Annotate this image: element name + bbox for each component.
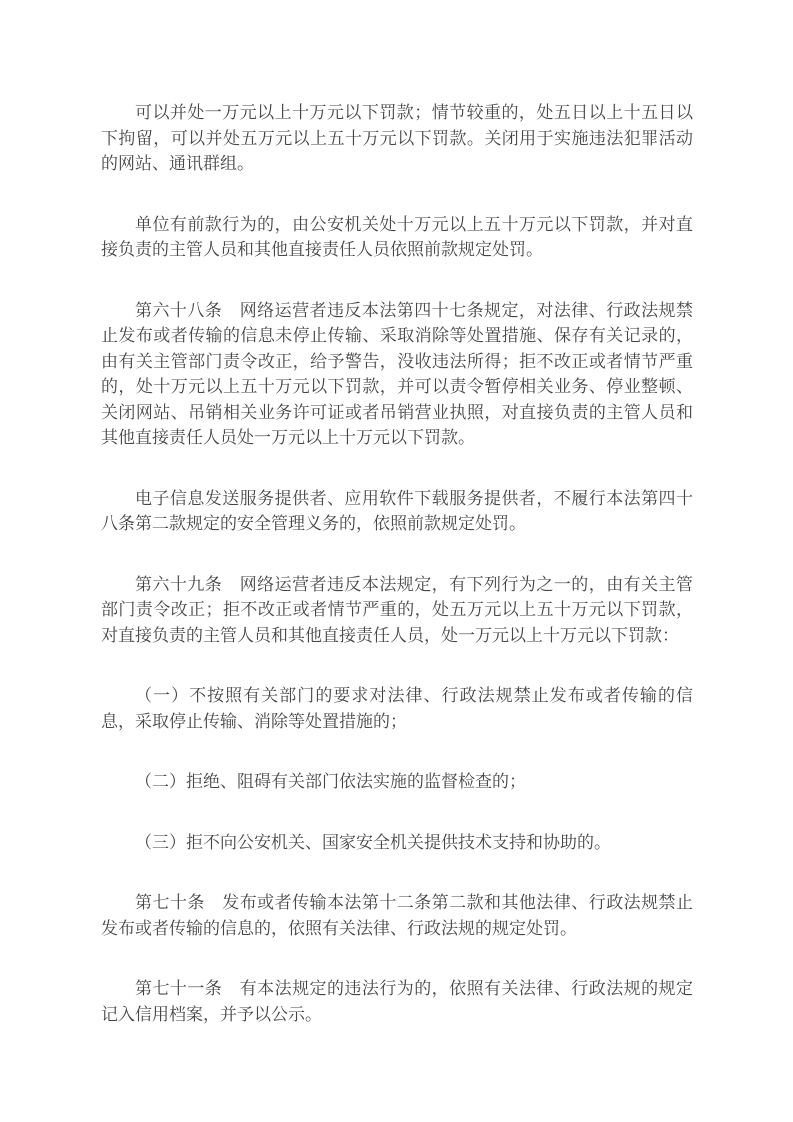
paragraph-article-69-item-2: （二）拒绝、阻碍有关部门依法实施的监督检查的； [101, 769, 693, 795]
paragraph-penalty-continuation: 可以并处一万元以上十万元以下罚款；情节较重的，处五日以上十五日以下拘留，可以并处… [101, 100, 693, 177]
paragraph-article-69: 第六十九条 网络运营者违反本法规定，有下列行为之一的，由有关主管部门责令改正；拒… [101, 572, 693, 649]
paragraph-article-71: 第七十一条 有本法规定的违法行为的，依照有关法律、行政法规的规定记入信用档案，并… [101, 976, 693, 1027]
paragraph-article-68: 第六十八条 网络运营者违反本法第四十七条规定，对法律、行政法规禁止发布或者传输的… [101, 298, 693, 451]
document-page: 可以并处一万元以上十万元以下罚款；情节较重的，处五日以上十五日以下拘留，可以并处… [0, 0, 793, 1122]
paragraph-article-68-clause-2: 电子信息发送服务提供者、应用软件下载服务提供者，不履行本法第四十八条第二款规定的… [101, 486, 693, 537]
paragraph-article-69-item-3: （三）拒不向公安机关、国家安全机关提供技术支持和协助的。 [101, 830, 693, 856]
paragraph-article-69-item-1: （一）不按照有关部门的要求对法律、行政法规禁止发布或者传输的信息，采取停止传输、… [101, 683, 693, 734]
paragraph-unit-liability: 单位有前款行为的，由公安机关处十万元以上五十万元以下罚款，并对直接负责的主管人员… [101, 212, 693, 263]
paragraph-article-70: 第七十条 发布或者传输本法第十二条第二款和其他法律、行政法规禁止发布或者传输的信… [101, 890, 693, 941]
